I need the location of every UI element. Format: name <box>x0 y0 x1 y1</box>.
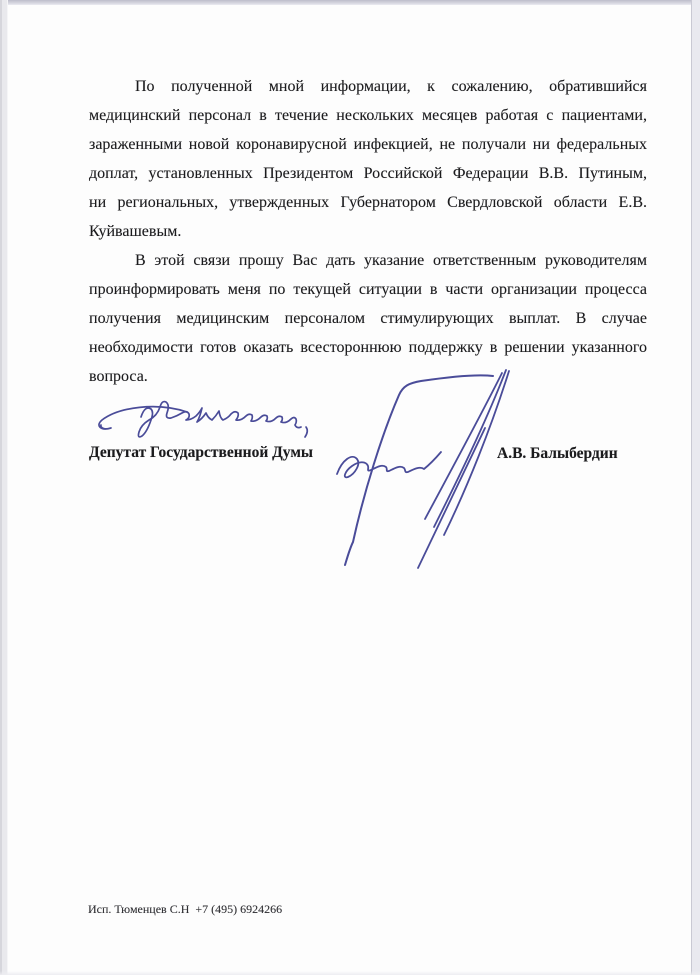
text-line: проинформировать меня по текущей ситуаци… <box>89 275 647 304</box>
text-line: получения медицинским персоналом стимули… <box>89 304 647 333</box>
executor-footer: Исп. Тюменцев С.Н +7 (495) 6924266 <box>88 902 282 917</box>
signature-ink <box>337 370 509 568</box>
text-line: зараженными новой коронавирусной инфекци… <box>89 130 647 159</box>
scanned-letter-page: По полученной мной информации, к сожален… <box>0 0 700 975</box>
text-line: По полученной мной информации, к сожален… <box>89 72 647 101</box>
handwritten-regards <box>87 387 322 445</box>
signer-title: Депутат Государственной Думы <box>89 444 313 462</box>
scan-edge-bottom <box>0 971 700 975</box>
letter-body: По полученной мной информации, к сожален… <box>89 72 647 391</box>
text-line: В этой связи прошу Вас дать указание отв… <box>89 246 647 275</box>
text-line: доплат, установленных Президентом Россий… <box>89 159 647 188</box>
scan-edge-right <box>691 0 700 975</box>
text-line: Куйвашевым. <box>89 217 647 246</box>
text-line: медицинский персонал в течение нескольки… <box>89 101 647 130</box>
text-line: ни региональных, утвержденных Губернатор… <box>89 188 647 217</box>
scan-edge-left <box>0 0 8 975</box>
scan-edge-top <box>0 0 700 5</box>
signature <box>330 362 530 572</box>
paragraph-1: По полученной мной информации, к сожален… <box>89 72 647 246</box>
handwriting-ink <box>99 402 307 437</box>
text-line: необходимости готов оказать всестороннюю… <box>89 333 647 362</box>
signer-name: А.В. Балыбердин <box>497 445 618 463</box>
